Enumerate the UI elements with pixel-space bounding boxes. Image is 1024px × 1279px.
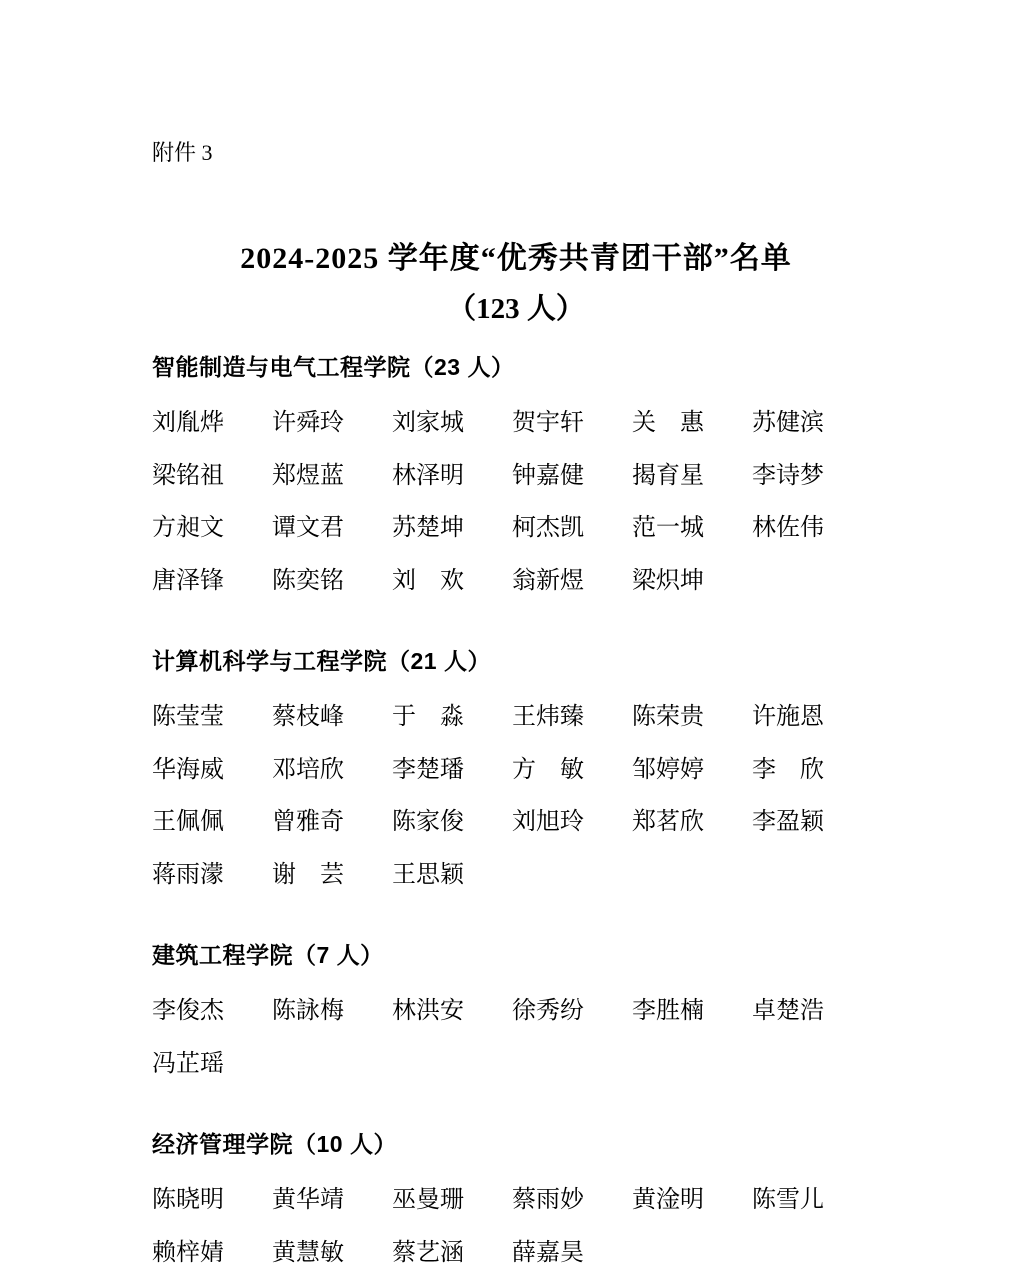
person-name: 梁炽坤 [632,555,752,608]
person-name: 揭育星 [632,450,752,503]
person-name: 黄慧敏 [272,1227,392,1279]
person-name: 钟嘉健 [512,450,632,503]
person-name: 蔡枝峰 [272,691,392,744]
document-page: 附件 3 2024-2025 学年度“优秀共青团干部”名单 （123 人） 智能… [0,0,1024,1279]
person-name: 方昶文 [152,502,272,555]
person-name: 邹婷婷 [632,744,752,797]
person-name: 许舜玲 [272,397,392,450]
person-name: 谢 芸 [272,849,392,902]
sections-container: 智能制造与电气工程学院（23 人）刘胤烨许舜玲刘家城贺宇轩关 惠苏健滨梁铭祖郑煜… [152,353,880,1279]
college-section: 智能制造与电气工程学院（23 人）刘胤烨许舜玲刘家城贺宇轩关 惠苏健滨梁铭祖郑煜… [152,353,880,607]
person-name: 林泽明 [392,450,512,503]
name-row: 方昶文谭文君苏楚坤柯杰凯范一城林佐伟 [152,502,880,555]
person-name: 陈詠梅 [272,985,392,1038]
person-name: 方 敏 [512,744,632,797]
person-name: 唐泽锋 [152,555,272,608]
person-name: 许施恩 [752,691,872,744]
name-row: 陈晓明黄华靖巫曼珊蔡雨妙黄淦明陈雪儿 [152,1174,880,1227]
section-heading: 建筑工程学院（7 人） [152,941,880,969]
attachment-label: 附件 3 [152,138,880,167]
name-row: 李俊杰陈詠梅林洪安徐秀纷李胜楠卓楚浩 [152,985,880,1038]
person-name: 邓培欣 [272,744,392,797]
person-name: 李盈颖 [752,796,872,849]
person-name: 于 淼 [392,691,512,744]
person-name: 翁新煜 [512,555,632,608]
person-name: 黄华靖 [272,1174,392,1227]
person-name: 刘家城 [392,397,512,450]
college-section: 计算机科学与工程学院（21 人）陈莹莹蔡枝峰于 淼王炜臻陈荣贵许施恩华海威邓培欣… [152,647,880,901]
person-name: 刘 欢 [392,555,512,608]
person-name: 李胜楠 [632,985,752,1038]
section-heading: 智能制造与电气工程学院（23 人） [152,353,880,381]
person-name: 陈雪儿 [752,1174,872,1227]
person-name: 李 欣 [752,744,872,797]
person-name: 范一城 [632,502,752,555]
name-rows: 陈莹莹蔡枝峰于 淼王炜臻陈荣贵许施恩华海威邓培欣李楚璠方 敏邹婷婷李 欣王佩佩曾… [152,691,880,901]
person-name: 蔡雨妙 [512,1174,632,1227]
name-row: 蒋雨濛谢 芸王思颖 [152,849,880,902]
person-name: 王炜臻 [512,691,632,744]
name-row: 赖梓婧黄慧敏蔡艺涵薛嘉昊 [152,1227,880,1279]
name-row: 梁铭祖郑煜蓝林泽明钟嘉健揭育星李诗梦 [152,450,880,503]
person-name: 李俊杰 [152,985,272,1038]
person-name: 刘胤烨 [152,397,272,450]
person-name: 林洪安 [392,985,512,1038]
document-title-line2: （123 人） [152,293,880,326]
person-name: 关 惠 [632,397,752,450]
person-name: 苏健滨 [752,397,872,450]
name-row: 王佩佩曾雅奇陈家俊刘旭玲郑茗欣李盈颖 [152,796,880,849]
person-name: 王思颖 [392,849,512,902]
person-name: 陈荣贵 [632,691,752,744]
person-name: 赖梓婧 [152,1227,272,1279]
person-name: 卓楚浩 [752,985,872,1038]
name-row: 刘胤烨许舜玲刘家城贺宇轩关 惠苏健滨 [152,397,880,450]
name-rows: 陈晓明黄华靖巫曼珊蔡雨妙黄淦明陈雪儿赖梓婧黄慧敏蔡艺涵薛嘉昊 [152,1174,880,1279]
section-heading: 经济管理学院（10 人） [152,1130,880,1158]
person-name: 柯杰凯 [512,502,632,555]
person-name: 贺宇轩 [512,397,632,450]
person-name: 徐秀纷 [512,985,632,1038]
person-name: 陈奕铭 [272,555,392,608]
person-name: 蔡艺涵 [392,1227,512,1279]
person-name: 巫曼珊 [392,1174,512,1227]
person-name: 李诗梦 [752,450,872,503]
person-name: 陈莹莹 [152,691,272,744]
name-rows: 刘胤烨许舜玲刘家城贺宇轩关 惠苏健滨梁铭祖郑煜蓝林泽明钟嘉健揭育星李诗梦方昶文谭… [152,397,880,607]
college-section: 经济管理学院（10 人）陈晓明黄华靖巫曼珊蔡雨妙黄淦明陈雪儿赖梓婧黄慧敏蔡艺涵薛… [152,1130,880,1279]
person-name: 梁铭祖 [152,450,272,503]
person-name: 李楚璠 [392,744,512,797]
person-name: 蒋雨濛 [152,849,272,902]
person-name: 黄淦明 [632,1174,752,1227]
person-name: 苏楚坤 [392,502,512,555]
person-name: 郑茗欣 [632,796,752,849]
person-name: 冯芷瑶 [152,1038,272,1091]
person-name: 陈家俊 [392,796,512,849]
name-rows: 李俊杰陈詠梅林洪安徐秀纷李胜楠卓楚浩冯芷瑶 [152,985,880,1090]
person-name: 林佐伟 [752,502,872,555]
person-name: 陈晓明 [152,1174,272,1227]
section-heading: 计算机科学与工程学院（21 人） [152,647,880,675]
person-name: 曾雅奇 [272,796,392,849]
college-section: 建筑工程学院（7 人）李俊杰陈詠梅林洪安徐秀纷李胜楠卓楚浩冯芷瑶 [152,941,880,1090]
person-name: 王佩佩 [152,796,272,849]
person-name: 华海威 [152,744,272,797]
name-row: 冯芷瑶 [152,1038,880,1091]
document-title-line1: 2024-2025 学年度“优秀共青团干部”名单 [152,241,880,276]
name-row: 陈莹莹蔡枝峰于 淼王炜臻陈荣贵许施恩 [152,691,880,744]
person-name: 薛嘉昊 [512,1227,632,1279]
person-name: 郑煜蓝 [272,450,392,503]
person-name: 刘旭玲 [512,796,632,849]
person-name: 谭文君 [272,502,392,555]
name-row: 唐泽锋陈奕铭刘 欢翁新煜梁炽坤 [152,555,880,608]
name-row: 华海威邓培欣李楚璠方 敏邹婷婷李 欣 [152,744,880,797]
